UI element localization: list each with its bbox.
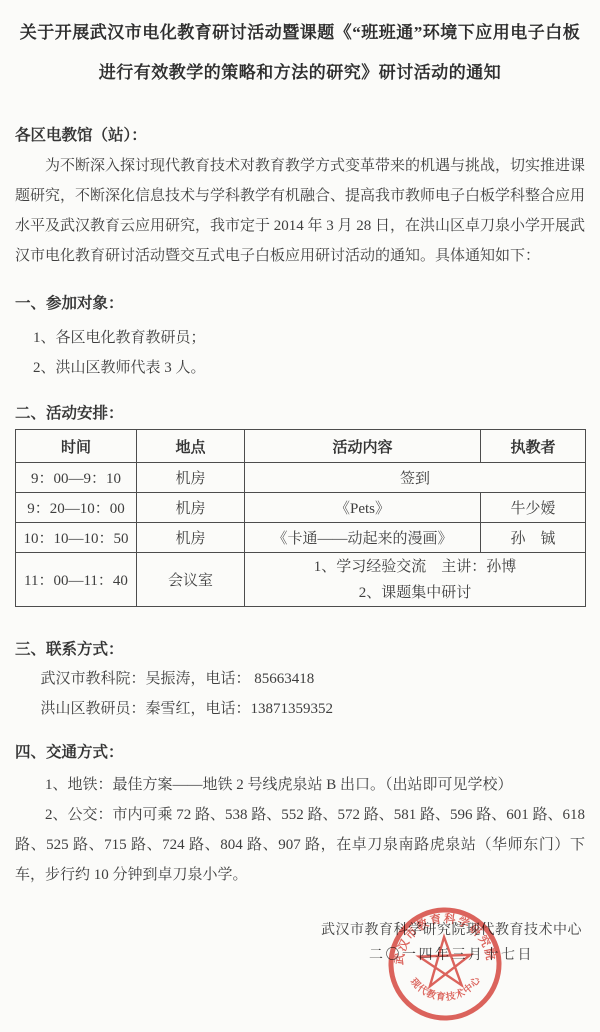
svg-text:现代教育技术中心: 现代教育技术中心	[407, 973, 484, 1005]
participants-list: 1、各区电化教育教研员； 2、洪山区教师代表 3 人。	[15, 323, 585, 383]
cell-content: 1、学习经验交流 主讲：孙博 2、课题集中研讨	[245, 553, 586, 607]
section-heading-schedule: 二、活动安排：	[15, 403, 585, 425]
cell-time: 10：10—10：50	[16, 523, 137, 553]
list-item: 2、洪山区教师代表 3 人。	[15, 353, 585, 383]
contact-line: 洪山区教研员：秦雪红，电话：13871359352	[15, 694, 585, 724]
salutation: 各区电教馆（站）：	[15, 121, 585, 151]
document-body: 各区电教馆（站）： 为不断深入探讨现代教育技术对教育教学方式变革带来的机遇与挑战…	[15, 121, 585, 890]
contact-list: 武汉市教科院：吴振涛，电话： 85663418 洪山区教研员：秦雪红，电话：13…	[15, 664, 585, 724]
table-row: 9：20—10：00 机房 《Pets》 牛少嫒	[16, 493, 586, 523]
cell-content: 《Pets》	[245, 493, 481, 523]
cell-teacher: 孙 铖	[481, 523, 586, 553]
page-title: 关于开展武汉市电化教育研讨活动暨课题《“班班通”环境下应用电子白板进行有效教学的…	[14, 0, 586, 93]
col-header-time: 时间	[16, 430, 137, 463]
intro-paragraph: 为不断深入探讨现代教育技术对教育教学方式变革带来的机遇与挑战，切实推进课题研究，…	[15, 151, 585, 271]
meeting-item: 1、学习经验交流 主讲：孙博	[245, 554, 585, 580]
contact-line: 武汉市教科院：吴振涛，电话： 85663418	[15, 664, 585, 694]
table-header-row: 时间 地点 活动内容 执教者	[16, 430, 586, 463]
table-row: 10：10—10：50 机房 《卡通——动起来的漫画》 孙 铖	[16, 523, 586, 553]
notice-document: 关于开展武汉市电化教育研讨活动暨课题《“班班通”环境下应用电子白板进行有效教学的…	[0, 0, 600, 1032]
cell-time: 9：20—10：00	[16, 493, 137, 523]
bus-paragraph: 2、公交：市内可乘 72 路、538 路、552 路、572 路、581 路、5…	[15, 800, 585, 890]
star-icon	[418, 936, 471, 987]
cell-teacher: 牛少嫒	[481, 493, 586, 523]
section-heading-traffic: 四、交通方式：	[15, 742, 585, 764]
seal-bottom-text: 现代教育技术中心	[407, 973, 484, 1005]
meeting-item: 2、课题集中研讨	[245, 580, 585, 606]
cell-time: 11：00—11：40	[16, 553, 137, 607]
col-header-teacher: 执教者	[481, 430, 586, 463]
table-row: 9：00—9：10 机房 签到	[16, 463, 586, 493]
schedule-table: 时间 地点 活动内容 执教者 9：00—9：10 机房 签到 9：20—10：0…	[15, 429, 586, 607]
metro-line: 1、地铁：最佳方案——地铁 2 号线虎泉站 B 出口。（出站即可见学校）	[15, 770, 585, 800]
cell-content: 《卡通——动起来的漫画》	[245, 523, 481, 553]
list-item: 1、各区电化教育教研员；	[15, 323, 585, 353]
col-header-place: 地点	[137, 430, 245, 463]
official-seal-stamp: 武汉市教育科学研究院 现代教育技术中心	[384, 903, 506, 1025]
table-row: 11：00—11：40 会议室 1、学习经验交流 主讲：孙博 2、课题集中研讨	[16, 553, 586, 607]
cell-place: 机房	[137, 493, 245, 523]
section-heading-participants: 一、参加对象：	[15, 293, 585, 315]
section-heading-contact: 三、联系方式：	[15, 639, 585, 661]
col-header-content: 活动内容	[245, 430, 481, 463]
cell-content: 签到	[245, 463, 586, 493]
cell-place: 机房	[137, 523, 245, 553]
cell-place: 机房	[137, 463, 245, 493]
cell-time: 9：00—9：10	[16, 463, 137, 493]
cell-place: 会议室	[137, 553, 245, 607]
